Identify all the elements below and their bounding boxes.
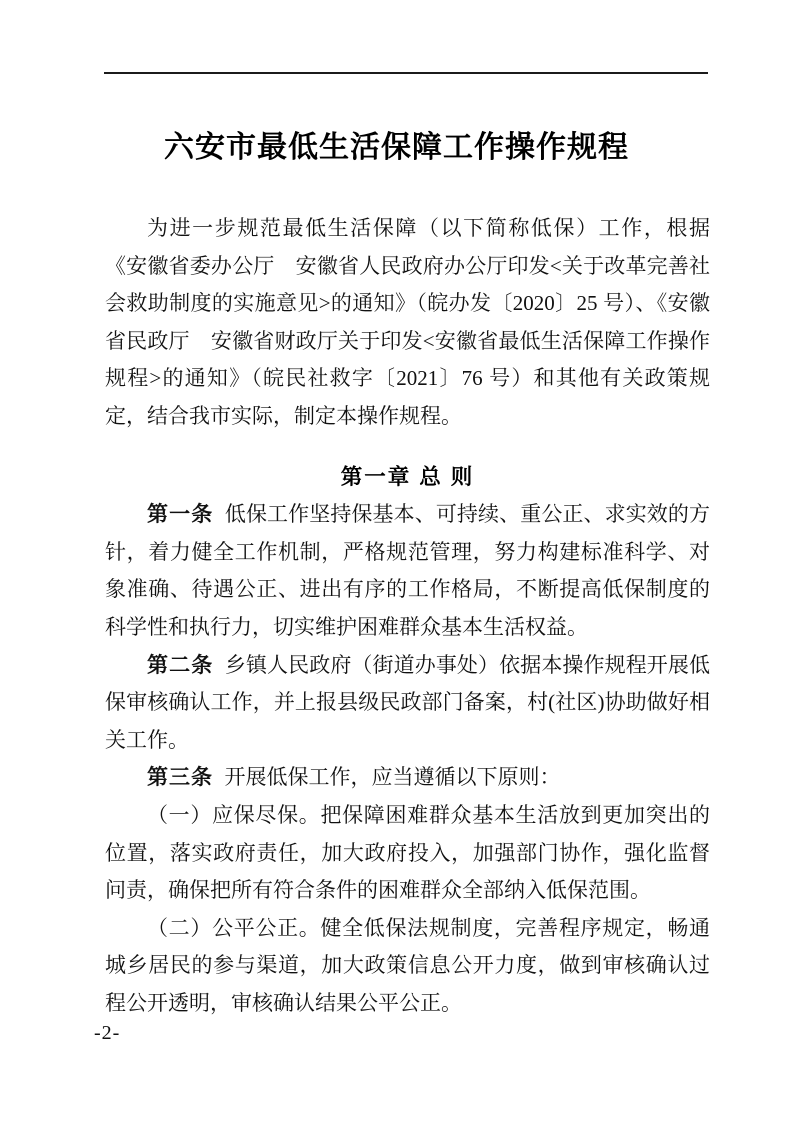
principle-2-paragraph: （二）公平公正。健全低保法规制度，完善程序规定，畅通城乡居民的参与渠道，加大政策… bbox=[105, 910, 710, 1023]
principle-1-text: （一）应保尽保。把保障困难群众基本生活放到更加突出的位置，落实政府责任，加大政府… bbox=[105, 803, 710, 902]
chapter-heading: 第一章 总 则 bbox=[105, 459, 710, 497]
article-1-paragraph: 第一条低保工作坚持保基本、可持续、重公正、求实效的方针，着力健全工作机制，严格规… bbox=[105, 496, 710, 646]
article-3-text: 开展低保工作，应当遵循以下原则： bbox=[225, 765, 561, 789]
intro-text: 为进一步规范最低生活保障（以下简称低保）工作，根据《安徽省委办公厅 安徽省人民政… bbox=[105, 216, 710, 428]
header-rule bbox=[104, 72, 708, 74]
article-3-paragraph: 第三条开展低保工作，应当遵循以下原则： bbox=[105, 759, 710, 797]
article-2-paragraph: 第二条乡镇人民政府（街道办事处）依据本操作规程开展低保审核确认工作，并上报县级民… bbox=[105, 647, 710, 760]
document-body: 为进一步规范最低生活保障（以下简称低保）工作，根据《安徽省委办公厅 安徽省人民政… bbox=[105, 210, 710, 1022]
document-title: 六安市最低生活保障工作操作规程 bbox=[0, 122, 793, 166]
article-1-label: 第一条 bbox=[147, 503, 213, 526]
document-page: 六安市最低生活保障工作操作规程 为进一步规范最低生活保障（以下简称低保）工作，根… bbox=[0, 0, 793, 1122]
principle-1-paragraph: （一）应保尽保。把保障困难群众基本生活放到更加突出的位置，落实政府责任，加大政府… bbox=[105, 797, 710, 910]
page-number: -2- bbox=[94, 1022, 120, 1045]
principle-2-text: （二）公平公正。健全低保法规制度，完善程序规定，畅通城乡居民的参与渠道，加大政策… bbox=[105, 916, 710, 1015]
article-2-label: 第二条 bbox=[147, 654, 213, 677]
intro-paragraph: 为进一步规范最低生活保障（以下简称低保）工作，根据《安徽省委办公厅 安徽省人民政… bbox=[105, 210, 710, 436]
article-3-label: 第三条 bbox=[147, 766, 213, 789]
